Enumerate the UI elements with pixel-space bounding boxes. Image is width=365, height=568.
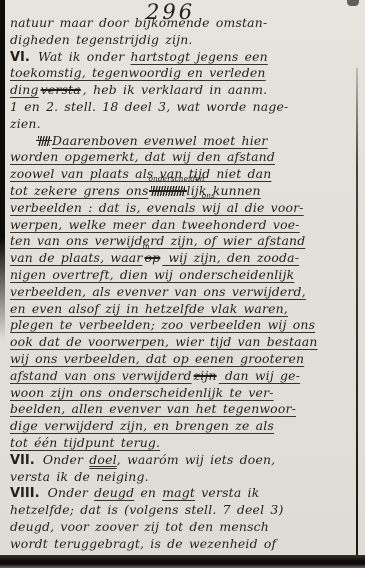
underlined-text: lijk kunnen bbox=[187, 183, 261, 198]
underlined-text: Daarenboven evenwel moet hier bbox=[52, 133, 268, 148]
underlined-text: dan wij ge- bbox=[219, 368, 300, 383]
manuscript-line: dige verwijderd zijn, en brengen ze als bbox=[10, 418, 357, 435]
handwritten-text: 1 en 2. stell. 18 deel 3, wat worde nage… bbox=[10, 99, 288, 114]
handwritten-text: deugd, voor zoover zij tot den mensch bbox=[10, 519, 269, 534]
manuscript-line: 1 en 2. stell. 18 deel 3, wat worde nage… bbox=[10, 99, 357, 116]
page-left-edge bbox=[0, 0, 5, 340]
section-numeral: VII. bbox=[10, 453, 35, 468]
underlined-text: wij bbox=[202, 200, 221, 215]
manuscript-line: deugd, voor zoover zij tot den mensch bbox=[10, 519, 357, 536]
manuscript-line: nigen overtreft, dien wij onderscheidenl… bbox=[10, 267, 357, 284]
interlinear-insertion: in bbox=[143, 243, 150, 251]
section-numeral: VIII. bbox=[10, 486, 40, 501]
underlined-text: beelden, allen evenver van het tegenwoor… bbox=[10, 401, 296, 416]
handwritten-text: zien. bbox=[10, 116, 41, 131]
underlined-text: al die voor- bbox=[221, 200, 304, 215]
manuscript-line: tot zekere grens onsonderscheidenlijk ku… bbox=[10, 183, 357, 200]
underlined-text: plegen te verbeelden; zoo verbeelden wij… bbox=[10, 317, 315, 332]
handwritten-text-block: natuur maar door bijkomende omstan-dighe… bbox=[10, 15, 357, 553]
interlinear-insertion: onderscheiden bbox=[149, 175, 205, 183]
manuscript-line: VI. Wat ik onder hartstogt jegens een bbox=[10, 49, 357, 66]
struck-out-word: op bbox=[145, 250, 161, 265]
section-numeral: VI. bbox=[10, 50, 30, 65]
manuscript-line: dingversta, heb ik verklaard in aanm. bbox=[10, 82, 357, 99]
handwritten-text: en bbox=[134, 485, 162, 500]
handwritten-text: , waaróm wij iets doen, bbox=[117, 452, 276, 467]
manuscript-line: worden opgemerkt, dat wij den afstand bbox=[10, 149, 357, 166]
manuscript-line: verbeelden : dat is, evenals onswij al d… bbox=[10, 200, 357, 217]
underlined-text: tot zekere grens ons bbox=[10, 183, 149, 198]
underlined-text: afstand van ons verwijderd bbox=[10, 368, 192, 383]
underlined-text: zoowel van plaats als van tijd niet dan bbox=[10, 166, 271, 181]
manuscript-line: wij ons verbeelden, dat op eenen grooter… bbox=[10, 351, 357, 368]
manuscript-page: 296 natuur maar door bijkomende omstan-d… bbox=[0, 0, 365, 568]
manuscript-line: VII. Onder doel, waaróm wij iets doen, bbox=[10, 452, 357, 469]
struck-out-word: zijn bbox=[194, 368, 217, 383]
underlined-text: van de plaats, waar bbox=[10, 250, 143, 265]
ink-scribble bbox=[38, 136, 50, 146]
manuscript-line: plegen te verbeelden; zoo verbeelden wij… bbox=[10, 317, 357, 334]
handwritten-text: Onder bbox=[42, 485, 95, 500]
manuscript-line: en even alsof zij in hetzelfde vlak ware… bbox=[10, 301, 357, 318]
underlined-text: verbeelden : dat is, evenals bbox=[10, 200, 202, 215]
manuscript-line: versta ik de neiging. bbox=[10, 469, 357, 486]
handwritten-text: hetzelfde; dat is (volgens stell. 7 deel… bbox=[10, 502, 284, 517]
corrected-word: inop bbox=[143, 250, 163, 267]
handwritten-text: wordt teruggebragt, is de wezenheid of bbox=[10, 536, 276, 551]
manuscript-line: woon zijn ons onderscheidenlijk te ver- bbox=[10, 385, 357, 402]
manuscript-line: digheden tegenstrijdig zijn. bbox=[10, 32, 357, 49]
corrected-word: onswij bbox=[202, 200, 221, 217]
manuscript-line: tot één tijdpunt terug. bbox=[10, 435, 357, 452]
handwritten-text: , heb ik verklaard in aanm. bbox=[83, 82, 268, 97]
manuscript-line: VIII. Onder deugd en magt versta ik bbox=[10, 485, 357, 502]
handwritten-text: versta ik bbox=[195, 485, 259, 500]
underlined-text: hartstogt jegens een bbox=[131, 49, 268, 64]
manuscript-line: natuur maar door bijkomende omstan- bbox=[10, 15, 357, 32]
manuscript-line: afstand van ons verwijderdzijn dan wij g… bbox=[10, 368, 357, 385]
underlined-text: deugd bbox=[94, 485, 134, 500]
manuscript-line: werpen, welke meer dan tweehonderd voe- bbox=[10, 217, 357, 234]
manuscript-line: ten van ons verwijderd zijn, of wier afs… bbox=[10, 233, 357, 250]
underlined-text: werpen, welke meer dan tweehonderd voe- bbox=[10, 217, 300, 232]
corrected-word: onderscheiden bbox=[149, 183, 187, 200]
manuscript-line: hetzelfde; dat is (volgens stell. 7 deel… bbox=[10, 502, 357, 519]
underlined-text: worden opgemerkt, dat wij den afstand bbox=[10, 149, 275, 164]
underlined-text: verbeelden, als evenver van ons verwijde… bbox=[10, 284, 306, 299]
underlined-text: ook dat de voorwerpen, wier tijd van bes… bbox=[10, 334, 318, 349]
underlined-text: en even alsof zij in hetzelfde vlak ware… bbox=[10, 301, 288, 316]
manuscript-line: van de plaats, waarinop wij zijn, den zo… bbox=[10, 250, 357, 267]
underlined-text: toekomstig, tegenwoordig en verleden bbox=[10, 65, 266, 80]
page-bottom-edge bbox=[0, 555, 365, 568]
handwritten-text: natuur maar door bijkomende omstan- bbox=[10, 15, 267, 30]
interlinear-insertion: ons bbox=[202, 192, 215, 200]
manuscript-line: zien. bbox=[10, 116, 357, 133]
manuscript-line: beelden, allen evenver van het tegenwoor… bbox=[10, 401, 357, 418]
underlined-text: ten van ons verwijderd zijn, of wier afs… bbox=[10, 233, 305, 248]
underlined-text: dige verwijderd zijn, en brengen ze als bbox=[10, 418, 274, 433]
underlined-text: woon zijn ons onderscheidenlijk te ver- bbox=[10, 385, 274, 400]
struck-out-word: versta bbox=[41, 82, 81, 97]
underlined-text: tot één tijdpunt terug. bbox=[10, 435, 160, 450]
ink-scribble bbox=[151, 186, 185, 196]
manuscript-line: ook dat de voorwerpen, wier tijd van bes… bbox=[10, 334, 357, 351]
underlined-text: nigen overtreft, dien wij onderscheidenl… bbox=[10, 267, 294, 282]
underlined-text: doel bbox=[89, 452, 117, 467]
underlined-text: magt bbox=[162, 485, 195, 500]
manuscript-line: toekomstig, tegenwoordig en verleden bbox=[10, 65, 357, 82]
underlined-text: wij zijn, den zooda- bbox=[162, 250, 299, 265]
handwritten-text: digheden tegenstrijdig zijn. bbox=[10, 32, 193, 47]
manuscript-line: verbeelden, als evenver van ons verwijde… bbox=[10, 284, 357, 301]
underlined-text: wij ons verbeelden, dat op eenen grooter… bbox=[10, 351, 304, 366]
handwritten-text: versta ik de neiging. bbox=[10, 469, 149, 484]
handwritten-text: Onder bbox=[37, 452, 90, 467]
underlined-text: ding bbox=[10, 82, 39, 97]
handwritten-text: Wat ik onder bbox=[32, 49, 131, 64]
manuscript-line: Daarenboven evenwel moet hier bbox=[36, 133, 357, 150]
manuscript-line: wordt teruggebragt, is de wezenheid of bbox=[10, 536, 357, 553]
corner-smudge bbox=[347, 0, 359, 6]
